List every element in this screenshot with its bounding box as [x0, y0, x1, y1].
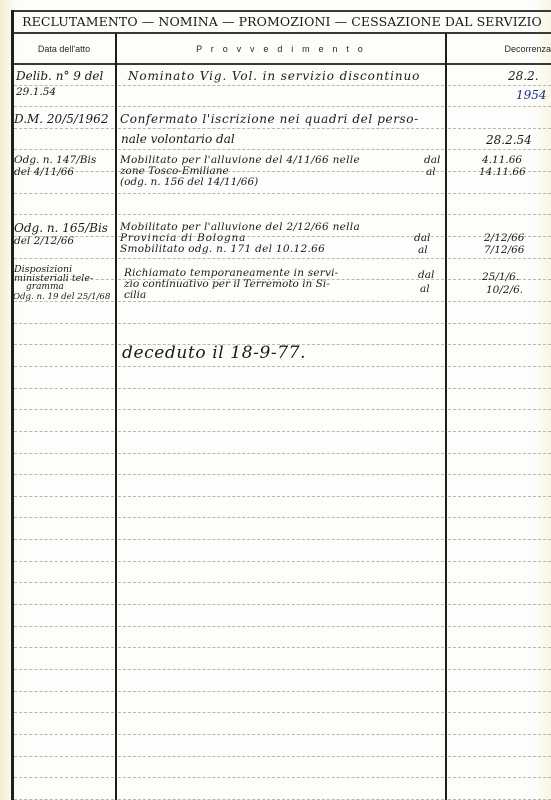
ruled-line	[448, 323, 551, 324]
measure-line: cilia	[124, 290, 146, 301]
measure-line: Nominato Vig. Vol. in servizio discontin…	[128, 70, 420, 82]
effective-date-line: 1954	[516, 89, 547, 101]
ruled-line	[14, 214, 114, 215]
ruled-line	[118, 777, 444, 778]
ruled-line	[14, 366, 114, 367]
act-reference-line: del 2/12/66	[14, 236, 74, 247]
to-label: al	[426, 167, 436, 178]
ruled-line	[448, 712, 551, 713]
ruled-line	[448, 214, 551, 215]
ruled-line	[448, 409, 551, 410]
ruled-line	[118, 149, 444, 150]
ruled-line	[118, 561, 444, 562]
ruled-line	[118, 106, 444, 107]
ruled-line	[448, 474, 551, 475]
ruled-line	[448, 128, 551, 129]
ruled-line	[14, 474, 114, 475]
ruled-line	[14, 756, 114, 757]
ruled-line	[14, 193, 114, 194]
act-reference-line: Odg. n. 165/Bis	[14, 222, 108, 234]
to-label: al	[418, 245, 428, 256]
effective-date-line: 25/1/6.	[482, 272, 519, 283]
ruled-line	[14, 388, 114, 389]
ruled-line	[14, 106, 114, 107]
ruled-line	[118, 301, 444, 302]
measure-line: Confermato l'iscrizione nei quadri del p…	[120, 113, 419, 125]
ruled-line	[448, 193, 551, 194]
ruled-line	[14, 344, 114, 345]
ruled-line	[448, 517, 551, 518]
ruled-line	[14, 323, 114, 324]
ruled-line	[14, 128, 114, 129]
ruled-line	[118, 193, 444, 194]
register-title: RECLUTAMENTO — NOMINA — PROMOZIONI — CES…	[13, 11, 551, 32]
ruled-line	[448, 453, 551, 454]
ruled-line	[448, 366, 551, 367]
ruled-line	[14, 647, 114, 648]
ruled-line	[448, 691, 551, 692]
act-reference-line: del 4/11/66	[14, 167, 74, 178]
ruled-line	[118, 323, 444, 324]
ruled-line	[14, 496, 114, 497]
ruled-line	[448, 582, 551, 583]
ruled-line	[448, 496, 551, 497]
ruled-line	[14, 149, 114, 150]
act-reference-line: Odg. n. 147/Bis	[14, 155, 96, 166]
ruled-line	[448, 647, 551, 648]
ruled-line	[118, 517, 444, 518]
ruled-line	[448, 149, 551, 150]
ruled-line	[448, 777, 551, 778]
ruled-line	[118, 258, 444, 259]
column-header-effective: Decorrenza	[447, 33, 551, 64]
ruled-line	[14, 691, 114, 692]
column-header-date-of-act: Data dell'atto	[13, 33, 115, 64]
effective-date-line: 28.2.54	[486, 134, 532, 146]
column-header-measure: P r o v v e d i m e n t o	[117, 33, 445, 64]
death-note: deceduto il 18-9-77.	[122, 347, 306, 359]
act-reference-line: Odg. n. 19 del 25/1/68	[13, 292, 110, 303]
column-divider-1	[115, 33, 117, 800]
measure-line: zio continuativo per il Terremoto in Si-	[124, 279, 330, 290]
ruled-line	[448, 626, 551, 627]
ruled-line	[448, 258, 551, 259]
ruled-line	[14, 409, 114, 410]
ruled-line	[448, 431, 551, 432]
ruled-line	[118, 712, 444, 713]
ruled-line	[118, 582, 444, 583]
effective-date-line: 7/12/66	[484, 245, 524, 256]
measure-line: Smobilitato odg. n. 171 del 10.12.66	[120, 244, 325, 255]
ruled-line	[118, 496, 444, 497]
effective-date-line: 14.11.66	[479, 167, 526, 178]
ruled-line	[14, 517, 114, 518]
ruled-line	[118, 453, 444, 454]
ruled-line	[118, 734, 444, 735]
ruled-line	[118, 539, 444, 540]
ruled-line	[448, 561, 551, 562]
ruled-line	[118, 756, 444, 757]
ruled-line	[118, 366, 444, 367]
ruled-line	[118, 474, 444, 475]
ruled-line	[448, 756, 551, 757]
ruled-line	[118, 647, 444, 648]
ruled-line	[448, 539, 551, 540]
effective-date-line: 28.2.	[508, 70, 539, 82]
ruled-line	[118, 431, 444, 432]
ruled-line	[14, 431, 114, 432]
ruled-line	[448, 388, 551, 389]
from-label: dal	[418, 270, 434, 281]
ruled-line	[118, 85, 444, 86]
act-reference-line: 29.1.54	[16, 87, 56, 98]
ruled-line	[14, 626, 114, 627]
act-reference-line: Delib. n° 9 del	[16, 70, 103, 82]
ruled-line	[448, 669, 551, 670]
ruled-line	[14, 539, 114, 540]
ruled-line	[14, 561, 114, 562]
ruled-line	[118, 691, 444, 692]
act-reference-line: D.M. 20/5/1962	[14, 113, 108, 125]
ruled-line	[14, 453, 114, 454]
from-label: dal	[414, 233, 430, 244]
ruled-line	[448, 734, 551, 735]
ruled-line	[448, 85, 551, 86]
ruled-line	[118, 626, 444, 627]
ruled-line	[14, 712, 114, 713]
measure-line: (odg. n. 156 del 14/11/66)	[120, 177, 258, 188]
ruled-line	[14, 582, 114, 583]
effective-date-line: 4.11.66	[482, 155, 522, 166]
ruled-line	[118, 669, 444, 670]
ruled-line	[448, 604, 551, 605]
column-divider-2	[445, 33, 447, 800]
ruled-line	[448, 301, 551, 302]
ruled-line	[14, 604, 114, 605]
effective-date-line: 10/2/6.	[486, 285, 523, 296]
ruled-line	[118, 409, 444, 410]
ruled-line	[448, 344, 551, 345]
measure-line: nale volontario dal	[121, 133, 235, 145]
ruled-line	[448, 106, 551, 107]
to-label: al	[420, 284, 430, 295]
ruled-line	[14, 258, 114, 259]
ruled-line	[118, 604, 444, 605]
ruled-line	[118, 128, 444, 129]
ruled-line	[14, 669, 114, 670]
ruled-line	[14, 777, 114, 778]
ruled-line	[14, 734, 114, 735]
from-label: dal	[424, 155, 440, 166]
ruled-line	[118, 388, 444, 389]
effective-date-line: 2/12/66	[484, 233, 524, 244]
register-page: RECLUTAMENTO — NOMINA — PROMOZIONI — CES…	[0, 0, 551, 800]
ruled-line	[118, 214, 444, 215]
